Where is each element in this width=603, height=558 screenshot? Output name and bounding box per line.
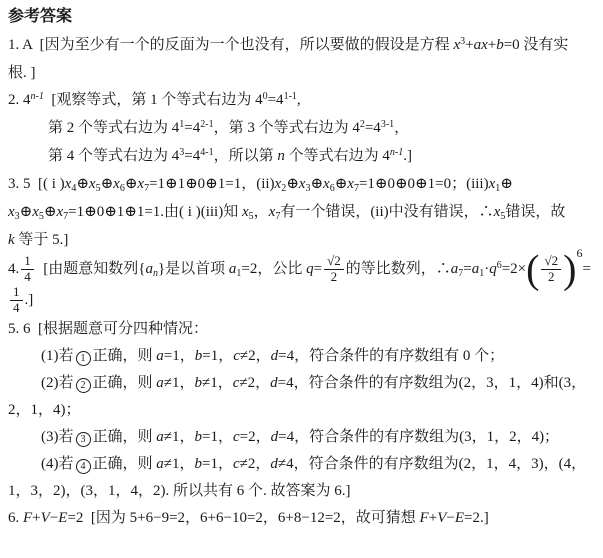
math-variable: q [306, 261, 314, 277]
math-variable: F [23, 510, 32, 526]
subscript: 7 [354, 183, 359, 194]
math-variable: d [270, 456, 278, 472]
subscript: 3 [305, 183, 310, 194]
math-variable: x [323, 176, 330, 192]
text-line: x3⊕x5⊕x7=1⊕0⊕1⊕1=1.由( i )(iii)知 x5，x7有一个… [8, 199, 595, 227]
superscript: 2-1 [200, 119, 213, 130]
subscript: 3 [15, 211, 20, 222]
text-line: 第 2 个等式右边为 41=42-1，第 3 个等式右边为 42=43-1， [8, 115, 595, 143]
text-line: 1. A [因为至少有一个的反面为一个也没有，所以要做的假设是方程 x3+ax+… [8, 32, 595, 60]
superscript: 3 [179, 147, 184, 158]
superscript: 0 [263, 91, 268, 102]
circled-number: 1 [76, 351, 91, 366]
math-variable: a [156, 348, 164, 364]
subscript: 5 [39, 211, 44, 222]
math-variable: F [420, 510, 429, 526]
math-variable: n [277, 148, 285, 164]
math-variable: V [41, 510, 50, 526]
math-variable: q [489, 261, 497, 277]
subscript: 7 [458, 268, 463, 279]
circled-number: 3 [76, 432, 91, 447]
text-line: 3. 5 [( i )x4⊕x5⊕x6⊕x7=1⊕1⊕0⊕1=1，(ii)x2⊕… [8, 171, 595, 199]
subscript: n [153, 268, 158, 279]
circled-number: 4 [76, 459, 91, 474]
subscript: 1 [479, 268, 484, 279]
subscript: 5 [249, 211, 254, 222]
big-paren: ) [563, 246, 576, 291]
text-line: 6. F+V−E=2 [因为 5+6−9=2，6+6−10=2，6+8−12=2… [8, 505, 595, 532]
math-variable: x [347, 176, 354, 192]
math-variable: k [8, 232, 15, 248]
answer-key-document: { "page": { "background": "#ffffff", "te… [0, 0, 603, 558]
math-variable: a [156, 375, 164, 391]
superscript: 3-1 [381, 119, 394, 130]
subscript: 1 [495, 183, 500, 194]
math-variable: x [32, 204, 39, 220]
subscript: 1 [236, 268, 241, 279]
subscript: 6 [120, 183, 125, 194]
math-variable: V [437, 510, 446, 526]
text-line: 2. 4n-1 [观察等式，第 1 个等式右边为 40=41-1, [8, 87, 595, 115]
superscript: 6 [497, 260, 502, 271]
text-line: 5. 6 [根据题意可分四种情况： [8, 316, 595, 343]
superscript: 1-1 [284, 91, 297, 102]
superscript: 3 [460, 36, 465, 47]
subscript: 5 [96, 183, 101, 194]
fraction: 14 [10, 285, 23, 316]
text-line: 4.14 [由题意知数列{an}是以首项 a1=2，公比 q=√22的等比数列，… [8, 254, 595, 285]
text-line: 第 4 个等式右边为 43=44-1，所以第 n 个等式右边为 4n-1.] [8, 143, 595, 171]
math-variable: b [195, 429, 203, 445]
math-variable: ax [474, 37, 488, 53]
subscript: 7 [275, 211, 280, 222]
superscript: 2 [360, 119, 365, 130]
superscript: n-1 [390, 147, 403, 158]
math-variable: x [8, 204, 15, 220]
text-line: (3)若3正确，则 a≠1，b=1，c=2，d=4，符合条件的有序数组为(3，1… [8, 424, 595, 451]
superscript: 4-1 [200, 147, 213, 158]
text-line: (2)若2正确，则 a≠1，b≠1，c≠2，d=4，符合条件的有序数组为(2，3… [8, 370, 595, 397]
subscript: 6 [330, 183, 335, 194]
subscript: 7 [63, 211, 68, 222]
math-variable: a [145, 261, 153, 277]
page-title: 参考答案 [8, 5, 595, 27]
math-variable: x [113, 176, 120, 192]
math-variable: a [156, 429, 164, 445]
text-line: 根. ] [8, 60, 595, 87]
text-line: 2，1，4)； [8, 397, 595, 424]
text-line: (4)若4正确，则 a≠1，b=1，c≠2，d≠4，符合条件的有序数组为(2，1… [8, 451, 595, 478]
math-variable: b [195, 375, 203, 391]
math-variable: d [270, 375, 278, 391]
math-variable: b [195, 456, 203, 472]
fraction: 14 [21, 254, 34, 285]
math-variable: c [233, 456, 240, 472]
math-variable: a [156, 456, 164, 472]
superscript: 1 [179, 119, 184, 130]
exponent: 6 [576, 240, 582, 267]
math-variable: d [271, 429, 279, 445]
subscript: 7 [144, 183, 149, 194]
text-line: k 等于 5.] [8, 227, 595, 254]
text-line: 1，3，2)，(3，1，4，2). 所以共有 6 个. 故答案为 6.] [8, 478, 595, 505]
math-variable: c [233, 348, 240, 364]
text-line: (1)若1正确，则 a=1，b=1，c≠2，d=4，符合条件的有序数组有 0 个… [8, 343, 595, 370]
subscript: 4 [71, 183, 76, 194]
subscript: 2 [281, 183, 286, 194]
text-line: 14.] [8, 285, 595, 316]
superscript: n-1 [31, 91, 44, 102]
fraction: √22 [541, 254, 561, 285]
math-variable: x [89, 176, 96, 192]
document-body: 1. A [因为至少有一个的反面为一个也没有，所以要做的假设是方程 x3+ax+… [8, 32, 595, 532]
circled-number: 2 [76, 378, 91, 393]
math-variable: E [455, 510, 464, 526]
math-variable: b [496, 37, 504, 53]
fraction: √22 [324, 254, 344, 285]
subscript: 5 [500, 211, 505, 222]
math-variable: c [233, 429, 240, 445]
math-variable: d [271, 348, 279, 364]
big-paren: ( [526, 246, 539, 291]
math-variable: x [242, 204, 249, 220]
